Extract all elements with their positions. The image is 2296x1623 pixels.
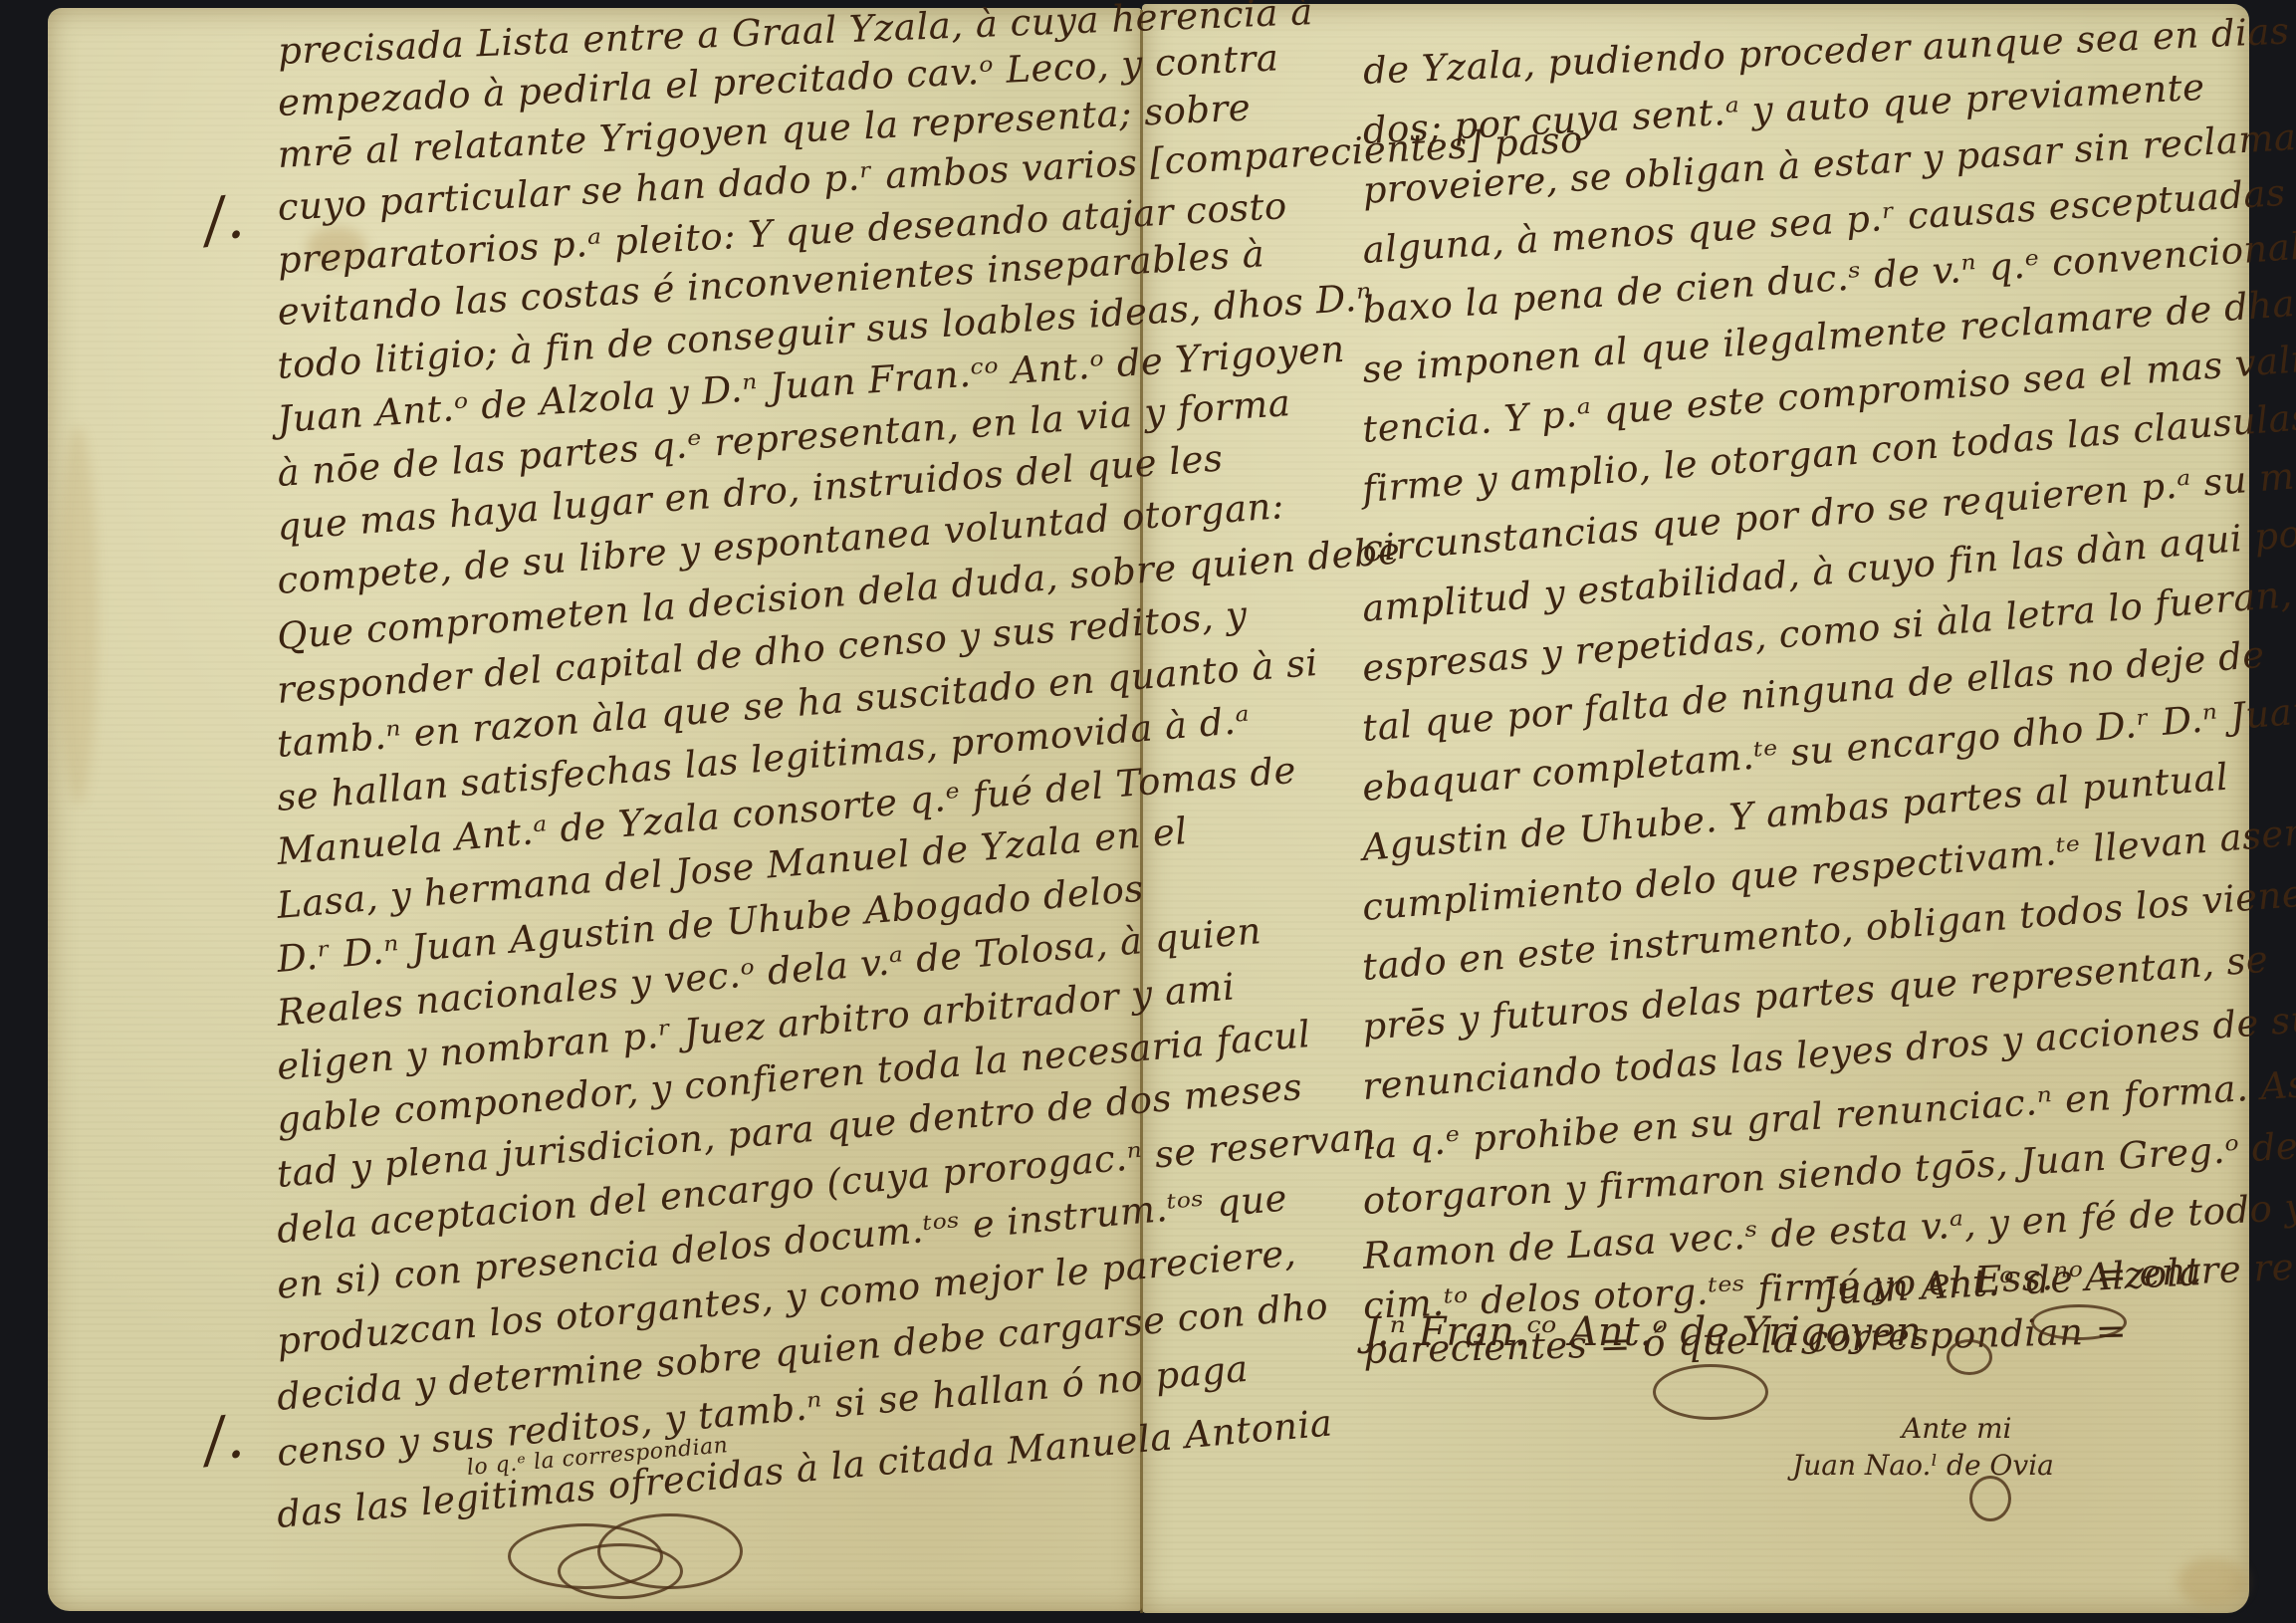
signature-notary: Juan Nao.ˡ de Ovia bbox=[1792, 1449, 2054, 1482]
notary-ante-mi: Ante mi bbox=[1902, 1412, 2011, 1445]
corner-stain bbox=[2178, 1557, 2247, 1607]
signature-rubric bbox=[2031, 1304, 2127, 1340]
rubric-flourish bbox=[558, 1543, 683, 1599]
edge-discoloration bbox=[58, 426, 98, 805]
notary-flourish bbox=[1947, 1339, 1992, 1375]
notary-seal-flourish bbox=[1969, 1476, 2011, 1521]
signature-yrigoyen: J.ⁿ Fran.ᶜᵒ Ant.ᵒ de Yrigoyen bbox=[1364, 1309, 1922, 1355]
signature-rubric bbox=[1653, 1364, 1768, 1420]
